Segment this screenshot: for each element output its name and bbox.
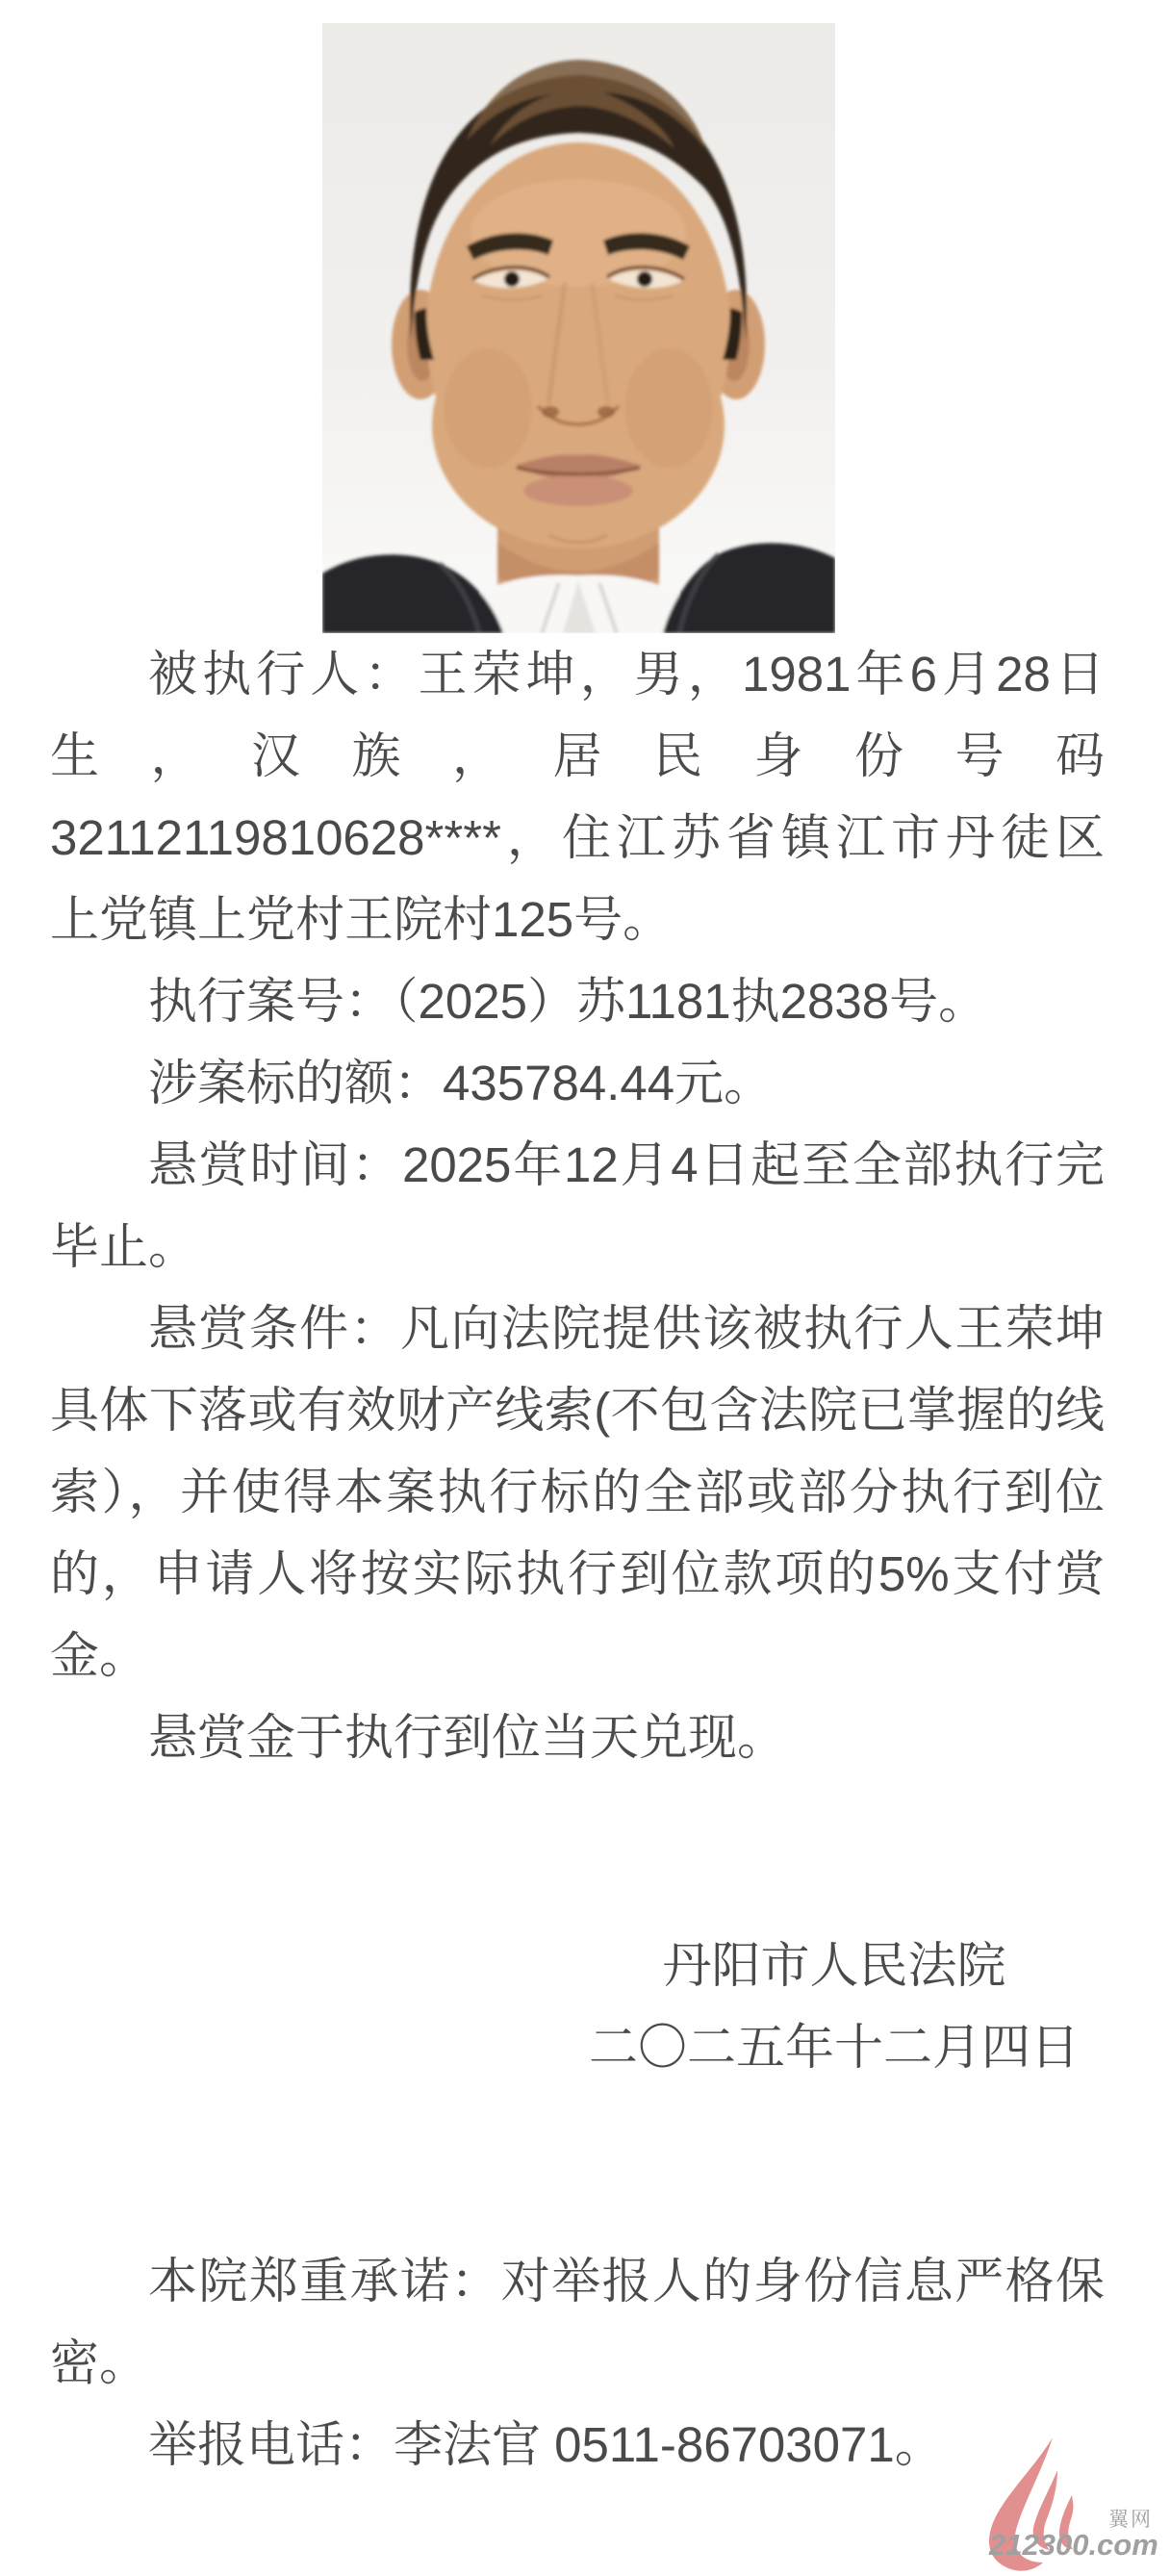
watermark-site-url: 212300.com	[988, 2528, 1158, 2562]
reward-notice-page: 被执行人：王荣坤，男，1981年6月28日 生，汉族，居民身份号码 321121…	[0, 0, 1170, 2576]
signature-date: 二〇二五年十二月四日	[498, 2006, 1170, 2088]
paragraph-line: 上党镇上党村王院村125号。	[50, 879, 1105, 960]
reward-period-line: 毕止。	[50, 1206, 1105, 1288]
portrait-photo-image	[322, 23, 835, 633]
debtor-photo	[322, 23, 835, 633]
reward-condition-line: 金。	[50, 1615, 1105, 1696]
reward-condition-line: 具体下落或有效财产线索(不包含法院已掌握的线	[50, 1369, 1105, 1451]
confidentiality-line: 密。	[50, 2322, 1105, 2404]
signature-block: 丹阳市人民法院 二〇二五年十二月四日	[498, 1925, 1170, 2088]
case-number-line: 执行案号：（2025）苏1181执2838号。	[50, 960, 1105, 1042]
confidentiality-line: 本院郑重承诺：对举报人的身份信息严格保	[50, 2240, 1105, 2322]
court-name: 丹阳市人民法院	[498, 1925, 1170, 2006]
notice-body: 被执行人：王荣坤，男，1981年6月28日 生，汉族，居民身份号码 321121…	[0, 633, 1170, 2486]
report-phone-line: 举报电话：李法官 0511-86703071。	[50, 2404, 1105, 2486]
paragraph-line: 被执行人：王荣坤，男，1981年6月28日	[50, 633, 1105, 715]
paragraph-line: 生，汉族，居民身份号码	[50, 715, 1105, 797]
case-amount-line: 涉案标的额：435784.44元。	[50, 1042, 1105, 1124]
site-watermark: 翼网 212300.com	[964, 2436, 1166, 2576]
reward-payment-line: 悬赏金于执行到位当天兑现。	[50, 1696, 1105, 1778]
reward-condition-line: 的，申请人将按实际执行到位款项的5%支付赏	[50, 1533, 1105, 1615]
reward-period-line: 悬赏时间：2025年12月4日起至全部执行完	[50, 1124, 1105, 1206]
reward-condition-line: 索），并使得本案执行标的全部或部分执行到位	[50, 1451, 1105, 1533]
paragraph-line: 32112119810628****，住江苏省镇江市丹徒区	[50, 797, 1105, 879]
reward-condition-line: 悬赏条件：凡向法院提供该被执行人王荣坤	[50, 1288, 1105, 1369]
